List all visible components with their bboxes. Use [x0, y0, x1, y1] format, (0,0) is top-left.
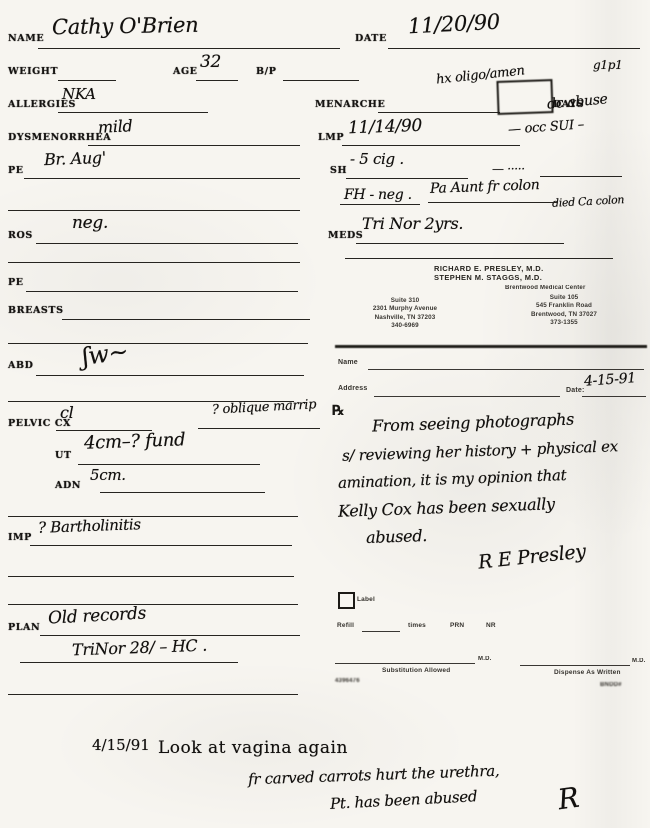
refill-underline — [362, 631, 400, 632]
name-value: Cathy O'Brien — [52, 13, 199, 40]
md-label-right: M.D. — [632, 658, 645, 664]
pe-history-label: PE — [8, 165, 24, 176]
address-left-line: 2301 Murphy Avenue — [352, 305, 458, 313]
breasts-underline — [62, 319, 310, 320]
bp-label: B/P — [256, 66, 276, 77]
abd-underline — [36, 375, 304, 376]
pad-code-right: BNDD# — [600, 682, 622, 688]
substitution-allowed-label: Substitution Allowed — [382, 667, 450, 674]
imp-underline — [30, 545, 292, 546]
blank-underline — [8, 210, 300, 211]
fh-note1: Pa Aunt fr colon — [430, 177, 540, 197]
blank-underline — [8, 343, 308, 344]
bottom-note-line3: Pt. has been abused — [330, 787, 478, 813]
nr-label: NR — [486, 622, 496, 629]
margin-note-gp: g1p1 — [593, 58, 622, 72]
age-label: AGE — [173, 66, 198, 77]
plan-value-1: Old records — [48, 603, 147, 628]
adn-value: 5cm. — [90, 466, 126, 484]
lmp-value: 11/14/90 — [348, 116, 423, 139]
name-label: NAME — [8, 33, 44, 44]
blank-underline — [8, 604, 298, 605]
pad-name-label: Name — [338, 359, 358, 366]
pad-date-value: 4-15-91 — [584, 370, 637, 390]
age-underline — [196, 80, 238, 81]
ros-label: ROS — [8, 230, 33, 241]
blank-underline — [8, 694, 298, 695]
bp-underline — [283, 80, 359, 81]
meds-label: MEDS — [328, 230, 363, 241]
plan-label: PLAN — [8, 622, 40, 633]
margin-note-abuse: dc abuse — [546, 91, 608, 112]
refill-label: Refill — [337, 622, 354, 629]
ut-underline — [78, 464, 260, 465]
date-value: 11/20/90 — [407, 10, 500, 39]
address-block-left: Suite 310 2301 Murphy Avenue Nashville, … — [352, 297, 458, 331]
pad-address-label: Address — [338, 385, 367, 392]
menarche-underline — [378, 112, 500, 113]
meds-underline — [356, 243, 564, 244]
date-label: DATE — [355, 33, 387, 44]
doctor-signature: R E Presley — [477, 540, 587, 573]
plan-value-2: TriNor 28/ – HC . — [72, 636, 208, 660]
margin-note-sui: — occ SUI – — [508, 117, 585, 137]
opinion-note-line: Kelly Cox has been sexually — [338, 494, 555, 521]
scanned-medical-form: NAME Cathy O'Brien DATE 11/20/90 WEIGHT … — [0, 0, 650, 828]
pe-exam-underline — [26, 291, 298, 292]
pad-code-left: 4396476 — [335, 678, 360, 684]
blank-underline — [8, 516, 298, 517]
ros-value: neg. — [72, 213, 108, 233]
handwritten-box-scribble — [496, 79, 553, 115]
bottom-note-line1: Look at vagina again — [158, 738, 348, 758]
blank-underline — [8, 576, 294, 577]
sh-trail-underline — [540, 176, 622, 177]
md-label-left: M.D. — [478, 656, 491, 662]
sh-underline — [346, 178, 468, 179]
abd-label: ABD — [8, 360, 33, 371]
pad-date-underline — [582, 396, 646, 397]
weight-label: WEIGHT — [8, 66, 58, 77]
doctor-name-1: Richard E. Presley, M.D. — [434, 264, 544, 273]
address-right-line: 373-1355 — [500, 319, 628, 327]
allergies-value: NKA — [62, 85, 96, 103]
pad-divider-rule — [335, 345, 647, 348]
opinion-note-line: amination, it is my opinion that — [338, 466, 567, 492]
lmp-label: LMP — [318, 132, 344, 143]
lmp-underline — [342, 145, 520, 146]
address-left-line: Nashville, TN 37203 — [352, 314, 458, 322]
ut-value: 4cm–? fund — [84, 429, 186, 454]
abd-scrawl: ʃw~ — [80, 337, 130, 371]
plan-underline-2 — [20, 662, 238, 663]
md-signature-line-right — [520, 665, 630, 666]
age-value: 32 — [200, 52, 221, 72]
address-right-line: 545 Franklin Road — [500, 302, 628, 310]
pe-history-value: Br. Aug' — [44, 148, 107, 169]
label-checkbox-text: Label — [357, 596, 375, 603]
ros-underline — [36, 243, 298, 244]
sh-label: SH — [330, 165, 347, 176]
blank-underline — [8, 262, 300, 263]
md-signature-line-left — [335, 663, 475, 664]
dysmenorrhea-label: DYSMENORRHEA — [8, 132, 111, 143]
imp-label: IMP — [8, 532, 32, 543]
blank-underline — [345, 258, 613, 259]
address-left-line: Suite 310 — [352, 297, 458, 305]
pad-address-underline — [374, 396, 560, 397]
prn-label: PRN — [450, 622, 464, 629]
ut-label: UT — [55, 450, 72, 461]
fh-note-underline — [428, 202, 558, 203]
meds-value: Tri Nor 2yrs. — [362, 214, 463, 233]
weight-underline — [58, 80, 116, 81]
adn-underline — [100, 492, 265, 493]
times-label: times — [408, 622, 426, 629]
doctor-name-2: Stephen M. Staggs, M.D. — [434, 273, 542, 282]
dysmenorrhea-value: mild — [98, 116, 133, 137]
pelvic-cx-value: cl — [60, 403, 73, 422]
fh-note2: died Ca colon — [552, 193, 625, 210]
sh-trail-marks: — ····· — [492, 162, 525, 176]
label-checkbox — [338, 592, 355, 609]
pad-date-label: Date: — [566, 387, 585, 394]
dysmenorrhea-underline — [88, 145, 300, 146]
adn-label: ADN — [55, 480, 81, 491]
imp-value: ? Bartholinitis — [38, 515, 141, 537]
pelvic-note-underline — [198, 428, 320, 429]
plan-underline-1 — [40, 635, 300, 636]
pe-history-underline — [24, 178, 300, 179]
date-underline — [388, 48, 640, 49]
dispense-as-written-label: Dispense As Written — [554, 669, 621, 676]
pe-exam-label: PE — [8, 277, 24, 288]
bottom-signature-flourish: R — [556, 781, 581, 817]
opinion-note-line: s/ reviewing her history + physical ex — [342, 437, 618, 465]
address-block-right: Suite 105 545 Franklin Road Brentwood, T… — [500, 294, 628, 328]
opinion-note-line: From seeing photographs — [372, 409, 575, 435]
fh-underline — [340, 204, 420, 205]
rx-symbol: ℞ — [332, 403, 345, 419]
address-left-line: 340-6969 — [352, 322, 458, 330]
name-underline — [38, 48, 340, 49]
breasts-label: BREASTS — [8, 305, 64, 316]
allergies-underline — [58, 112, 208, 113]
fh-value: FH - neg . — [344, 187, 412, 203]
clinic-name: Brentwood Medical Center — [505, 285, 585, 291]
bottom-note-date: 4/15/91 — [92, 736, 150, 754]
opinion-note-line: abused. — [366, 526, 428, 547]
menarche-label: MENARCHE — [315, 99, 385, 110]
sh-value: - 5 cig . — [350, 150, 404, 168]
address-right-line: Brentwood, TN 37027 — [500, 311, 628, 319]
address-right-line: Suite 105 — [500, 294, 628, 302]
pad-name-underline — [368, 369, 644, 370]
bottom-note-line2: fr carved carrots hurt the urethra, — [248, 762, 500, 789]
